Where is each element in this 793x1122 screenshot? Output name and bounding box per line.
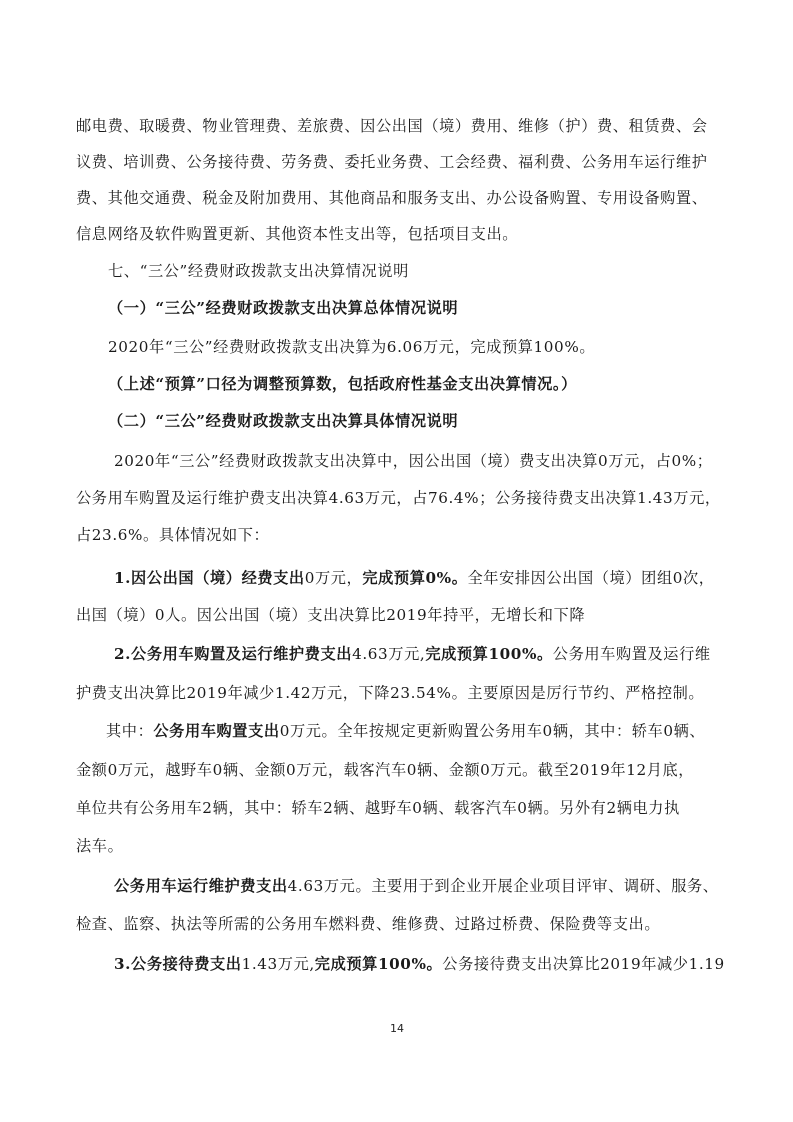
text-line: 3.公务接待费支出1.43万元,完成预算100%。公务接待费支出决算比2019年… <box>114 954 725 974</box>
text-line: 其中：公务用车购置支出0万元。全年按规定更新购置公务用车0辆，其中：轿车0辆、 <box>106 721 705 741</box>
text-run: 邮电费、取暖费、物业管理费、差旅费、因公出国（境）费用、维修（护）费、租赁费、会 <box>76 117 708 135</box>
text-run: 4.63万元。主要用于到企业开展企业项目评审、调研、服务、 <box>288 877 719 895</box>
bold-text: （一）“三公”经费财政拨款支出决算总体情况说明 <box>108 299 458 317</box>
bold-text: 公务用车购置支出 <box>153 722 279 740</box>
text-line: 检查、监察、执法等所需的公务用车燃料费、维修费、过路过桥费、保险费等支出。 <box>76 914 660 934</box>
text-line: 2020年“三公”经费财政拨款支出决算为6.06万元，完成预算100%。 <box>108 337 595 357</box>
text-run: 1.43万元, <box>242 955 315 973</box>
text-run: 全年安排因公出国（境）团组0次， <box>468 569 715 587</box>
text-run: 议费、培训费、公务接待费、劳务费、委托业务费、工会经费、福利费、公务用车运行维护 <box>76 153 708 171</box>
text-line: 邮电费、取暖费、物业管理费、差旅费、因公出国（境）费用、维修（护）费、租赁费、会 <box>76 116 708 136</box>
text-run: 4.63万元, <box>352 645 425 663</box>
text-run: 七、“三公”经费财政拨款支出决算情况说明 <box>108 262 409 280</box>
text-line: 护费支出决算比2019年减少1.42万元，下降23.54%。主要原因是厉行节约、… <box>76 683 704 703</box>
text-line: 金额0万元，越野车0辆、金额0万元，载客汽车0辆、金额0万元。截至2019年12… <box>76 760 694 780</box>
text-run: 公务用车购置及运行维 <box>553 645 711 663</box>
text-line: 七、“三公”经费财政拨款支出决算情况说明 <box>108 261 409 281</box>
text-run: 2020年“三公”经费财政拨款支出决算为6.06万元，完成预算100%。 <box>108 338 595 356</box>
text-line: 议费、培训费、公务接待费、劳务费、委托业务费、工会经费、福利费、公务用车运行维护 <box>76 152 708 172</box>
text-run: 金额0万元，越野车0辆、金额0万元，载客汽车0辆、金额0万元。截至2019年12… <box>76 761 694 779</box>
text-line: 1.因公出国（境）经费支出0万元，完成预算0%。全年安排因公出国（境）团组0次， <box>114 568 715 588</box>
text-run: 0万元。全年按规定更新购置公务用车0辆，其中：轿车0辆、 <box>280 722 705 740</box>
bold-text: （上述“预算”口径为调整预算数，包括政府性基金支出决算情况。） <box>108 375 577 393</box>
text-run: 护费支出决算比2019年减少1.42万元，下降23.54%。主要原因是厉行节约、… <box>76 684 704 702</box>
text-line: 法车。 <box>76 836 123 856</box>
bold-text: 2.公务用车购置及运行维护费支出 <box>114 645 352 663</box>
text-run: 检查、监察、执法等所需的公务用车燃料费、维修费、过路过桥费、保险费等支出。 <box>76 915 660 933</box>
text-line: 出国（境）0人。因公出国（境）支出决算比2019年持平，无增长和下降 <box>76 605 585 625</box>
bold-text: 公务用车运行维护费支出 <box>114 877 288 895</box>
text-run: 2020年“三公”经费财政拨款支出决算中，因公出国（境）费支出决算0万元，占0%… <box>114 452 713 470</box>
text-line: 2020年“三公”经费财政拨款支出决算中，因公出国（境）费支出决算0万元，占0%… <box>114 451 713 471</box>
bold-text: 完成预算100%。 <box>425 645 552 663</box>
text-line: 占23.6%。具体情况如下： <box>76 525 269 545</box>
page-number: 14 <box>390 1022 404 1035</box>
text-line: 2.公务用车购置及运行维护费支出4.63万元,完成预算100%。公务用车购置及运… <box>114 644 711 664</box>
text-run: 费、其他交通费、税金及附加费用、其他商品和服务支出、办公设备购置、专用设备购置、 <box>76 189 708 207</box>
text-line: 信息网络及软件购置更新、其他资本性支出等，包括项目支出。 <box>76 224 518 244</box>
text-line: （二）“三公”经费财政拨款支出决算具体情况说明 <box>108 411 458 431</box>
bold-text: 1.因公出国（境）经费支出 <box>114 569 305 587</box>
text-run: 法车。 <box>76 837 123 855</box>
text-run: 公务用车购置及运行维护费支出决算4.63万元，占76.4%；公务接待费支出决算1… <box>76 489 721 507</box>
text-run: 其中： <box>106 722 153 740</box>
text-line: （一）“三公”经费财政拨款支出决算总体情况说明 <box>108 298 458 318</box>
text-line: 公务用车购置及运行维护费支出决算4.63万元，占76.4%；公务接待费支出决算1… <box>76 488 721 508</box>
bold-text: 完成预算100%。 <box>315 955 442 973</box>
text-run: 0万元， <box>305 569 363 587</box>
text-run: 出国（境）0人。因公出国（境）支出决算比2019年持平，无增长和下降 <box>76 606 585 624</box>
bold-text: 3.公务接待费支出 <box>114 955 242 973</box>
text-line: 单位共有公务用车2辆，其中：轿车2辆、越野车0辆、载客汽车0辆。另外有2辆电力执 <box>76 798 680 818</box>
text-run: 占23.6%。具体情况如下： <box>76 526 269 544</box>
text-line: （上述“预算”口径为调整预算数，包括政府性基金支出决算情况。） <box>108 374 577 394</box>
text-run: 单位共有公务用车2辆，其中：轿车2辆、越野车0辆、载客汽车0辆。另外有2辆电力执 <box>76 799 680 817</box>
text-line: 公务用车运行维护费支出4.63万元。主要用于到企业开展企业项目评审、调研、服务、 <box>114 876 719 896</box>
bold-text: 完成预算0%。 <box>362 569 467 587</box>
text-line: 费、其他交通费、税金及附加费用、其他商品和服务支出、办公设备购置、专用设备购置、 <box>76 188 708 208</box>
text-run: 信息网络及软件购置更新、其他资本性支出等，包括项目支出。 <box>76 225 518 243</box>
bold-text: （二）“三公”经费财政拨款支出决算具体情况说明 <box>108 412 458 430</box>
text-run: 公务接待费支出决算比2019年减少1.19 <box>442 955 725 973</box>
